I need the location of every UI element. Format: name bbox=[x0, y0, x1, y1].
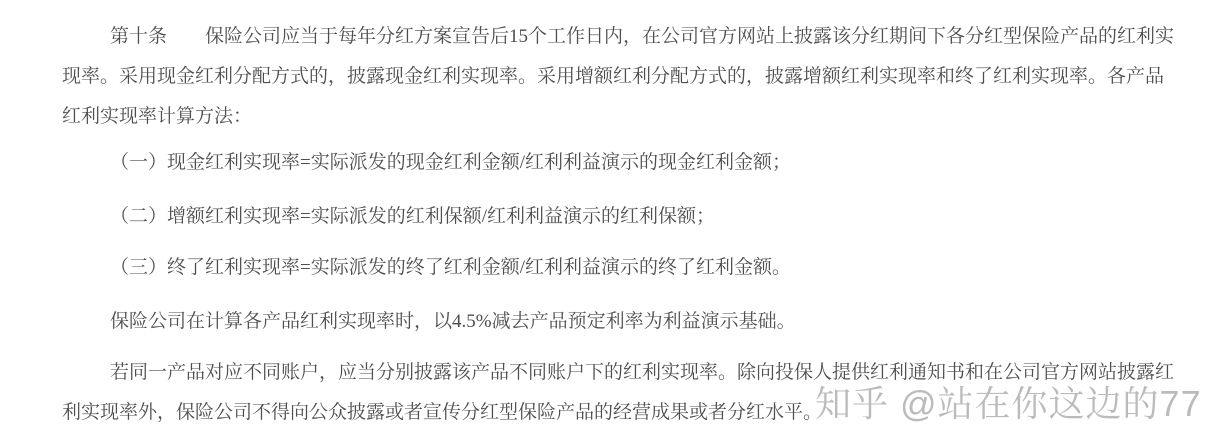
paragraph-article-10: 第十条 保险公司应当于每年分红方案宣告后15个工作日内，在公司官方网站上披露该分… bbox=[62, 17, 1172, 137]
document-body: 第十条 保险公司应当于每年分红方案宣告后15个工作日内，在公司官方网站上披露该分… bbox=[62, 17, 1172, 433]
paragraph-demonstration-basis: 保险公司在计算各产品红利实现率时，以4.5%减去产品预定利率为利益演示基础。 bbox=[62, 302, 1172, 342]
list-item-3-text: （三）终了红利实现率=实际派发的终了红利金额/红利利益演示的终了红利金额。 bbox=[62, 248, 1172, 288]
list-item-cash-dividend-formula: （一）现金红利实现率=实际派发的现金红利金额/红利利益演示的现金红利金额； bbox=[62, 143, 1172, 183]
article-10-line-3: 红利实现率计算方法： bbox=[62, 97, 1172, 137]
paragraph-2-text: 保险公司在计算各产品红利实现率时，以4.5%减去产品预定利率为利益演示基础。 bbox=[62, 302, 1172, 342]
zhihu-watermark: 知乎 @站在你这边的77 bbox=[815, 383, 1202, 425]
list-item-1-text: （一）现金红利实现率=实际派发的现金红利金额/红利利益演示的现金红利金额； bbox=[62, 143, 1172, 183]
list-item-terminal-dividend-formula: （三）终了红利实现率=实际派发的终了红利金额/红利利益演示的终了红利金额。 bbox=[62, 248, 1172, 288]
list-item-increment-dividend-formula: （二）增额红利实现率=实际派发的红利保额/红利利益演示的红利保额； bbox=[62, 197, 1172, 237]
article-10-line-1: 第十条 保险公司应当于每年分红方案宣告后15个工作日内，在公司官方网站上披露该分… bbox=[62, 17, 1172, 57]
list-item-2-text: （二）增额红利实现率=实际派发的红利保额/红利利益演示的红利保额； bbox=[62, 197, 1172, 237]
document-page: 第十条 保险公司应当于每年分红方案宣告后15个工作日内，在公司官方网站上披露该分… bbox=[0, 0, 1216, 438]
article-10-line-2: 现率。采用现金红利分配方式的，披露现金红利实现率。采用增额红利分配方式的，披露增… bbox=[62, 57, 1172, 97]
